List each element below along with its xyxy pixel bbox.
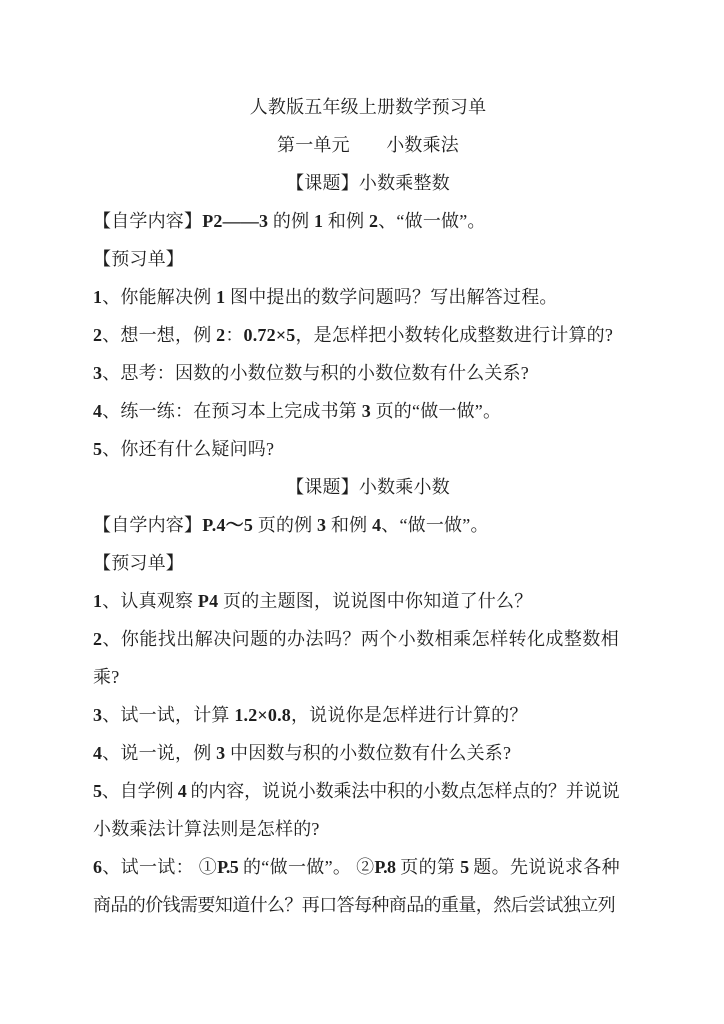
line-list-item: 1、认真观察 P4 页的主题图，说说图中你知道了什么？ [93, 582, 619, 620]
line-list-item: 3、思考：因数的小数位数与积的小数位数有什么关系? [93, 354, 619, 392]
line-list-item: 3、试一试，计算 1.2×0.8，说说你是怎样进行计算的？ [93, 696, 619, 734]
line-selfstudy-content: 【自学内容】P2——3 的例 1 和例 2、“做一做”。 [93, 202, 619, 240]
line-section-label: 【预习单】 [93, 240, 619, 278]
line-list-item: 5、自学例 4 的内容，说说小数乘法中积的小数点怎样点的？并说说 [93, 772, 619, 810]
line-list-item: 5、你还有什么疑问吗? [93, 430, 619, 468]
line-selfstudy-content: 【自学内容】P.4～5 页的例 3 和例 4、“做一做”。 [93, 506, 619, 544]
document-body: 人教版五年级上册数学预习单第一单元 小数乘法【课题】小数乘整数【自学内容】P2—… [93, 88, 619, 924]
line-doc-title: 人教版五年级上册数学预习单 [105, 88, 631, 126]
line-list-item: 2、你能找出解决问题的办法吗？两个小数相乘怎样转化成整数相 [93, 620, 619, 658]
line-section-label: 【预习单】 [93, 544, 619, 582]
line-list-item: 1、你能解决例 1 图中提出的数学问题吗？写出解答过程。 [93, 278, 619, 316]
line-list-item: 4、练一练：在预习本上完成书第 3 页的“做一做”。 [93, 392, 619, 430]
line-list-item-continuation: 小数乘法计算法则是怎样的? [93, 810, 619, 848]
line-topic-heading: 【课题】小数乘小数 [105, 468, 631, 506]
line-unit-heading: 第一单元 小数乘法 [105, 126, 631, 164]
line-topic-heading: 【课题】小数乘整数 [105, 164, 631, 202]
line-list-item: 4、说一说，例 3 中因数与积的小数位数有什么关系? [93, 734, 619, 772]
line-list-item: 6、试一试： ①P.5 的“做一做”。 ②P.8 页的第 5 题。先说说求各种 [93, 848, 619, 886]
line-list-item-continuation: 商品的价钱需要知道什么？再口答每种商品的重量，然后尝试独立列 [93, 886, 619, 924]
line-list-item: 2、想一想，例 2：0.72×5，是怎样把小数转化成整数进行计算的? [93, 316, 619, 354]
document-page: 人教版五年级上册数学预习单第一单元 小数乘法【课题】小数乘整数【自学内容】P2—… [0, 0, 724, 1024]
line-list-item-continuation: 乘? [93, 658, 619, 696]
